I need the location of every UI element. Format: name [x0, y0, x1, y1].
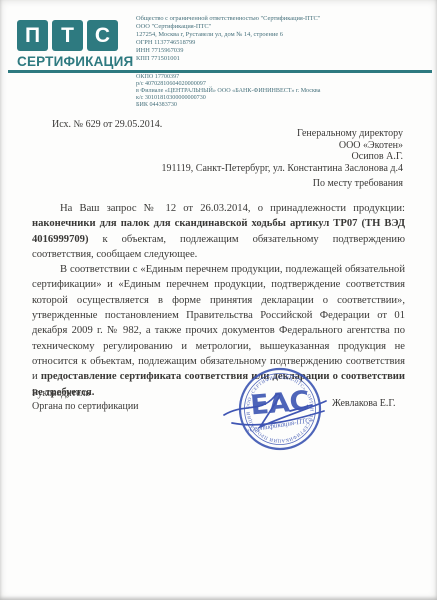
addressee-block: Генеральному директору ООО «Экотен» Осип…	[162, 128, 403, 174]
addressee-line: Осипов А.Г.	[162, 151, 403, 163]
signer-title-block: Руководитель Органа по сертификации	[32, 388, 139, 413]
letter-body: На Ваш запрос № 12 от 26.03.2014, о прин…	[32, 201, 405, 400]
company-detail-line: ИНН 7715967039	[136, 47, 320, 55]
stamp-eac-mark: ЕАС	[249, 385, 311, 421]
signer-title-line: Органа по сертификации	[32, 401, 139, 414]
bank-detail-line: ОКПО 17700397	[136, 74, 320, 81]
company-round-stamp: ООО «СЕРТИФИКАЦИЯ-ПТС» • ОРГАН ПО СЕРТИФ…	[220, 349, 340, 469]
delivery-note: По месту требования	[313, 178, 403, 189]
addressee-line: Генеральному директору	[162, 128, 403, 140]
body-text-segment: На Ваш запрос № 12 от 26.03.2014, о прин…	[60, 203, 405, 214]
bank-detail-line: р/с 40702810604020000097	[136, 81, 320, 88]
paragraph-2: В соответствии с «Единым перечнем продук…	[32, 262, 405, 400]
scanned-letter-page: П Т С СЕРТИФИКАЦИЯ Общество с ограниченн…	[0, 0, 437, 600]
logo-squares: П Т С	[17, 20, 133, 51]
addressee-line: ООО «Экотен»	[162, 140, 403, 152]
signer-title-line: Руководитель	[32, 388, 139, 401]
signer-name: Жевлакова Е.Г.	[332, 398, 396, 409]
addressee-line: 191119, Санкт-Петербург, ул. Константина…	[162, 163, 403, 175]
bank-detail-line: в Филиале «ЦЕНТРАЛЬНЫЙ» ООО «БАНК-ФИНИНВ…	[136, 88, 320, 95]
company-logo: П Т С СЕРТИФИКАЦИЯ	[17, 20, 133, 69]
logo-letter-square: С	[87, 20, 118, 51]
company-detail-line: КПП 771501001	[136, 55, 320, 63]
bank-detail-line: БИК 044383730	[136, 102, 320, 109]
logo-letter-square: П	[17, 20, 48, 51]
outgoing-reference: Исх. № 629 от 29.05.2014.	[52, 119, 162, 130]
paragraph-1: На Ваш запрос № 12 от 26.03.2014, о прин…	[32, 201, 405, 262]
company-detail-line: Общество с ограниченной ответственностью…	[136, 15, 320, 23]
logo-letter-square: Т	[52, 20, 83, 51]
bank-detail-line: к/с 30101810300000000730	[136, 95, 320, 102]
logo-subtitle: СЕРТИФИКАЦИЯ	[17, 54, 133, 69]
body-text-segment: к объектам, подлежащим обязательному под…	[32, 234, 405, 260]
body-text-segment: В соответствии с «Единым перечнем продук…	[32, 264, 405, 382]
company-details-block: Общество с ограниченной ответственностью…	[136, 15, 320, 62]
company-detail-line: ООО "Сертификация-ПТС"	[136, 23, 320, 31]
bank-details-block: ОКПО 17700397 р/с 40702810604020000097 в…	[136, 74, 320, 109]
header-divider	[8, 70, 432, 73]
company-detail-line: ОГРН 1137746518799	[136, 39, 320, 47]
company-detail-line: 127254, Москва г, Руставели ул, дом № 14…	[136, 31, 320, 39]
